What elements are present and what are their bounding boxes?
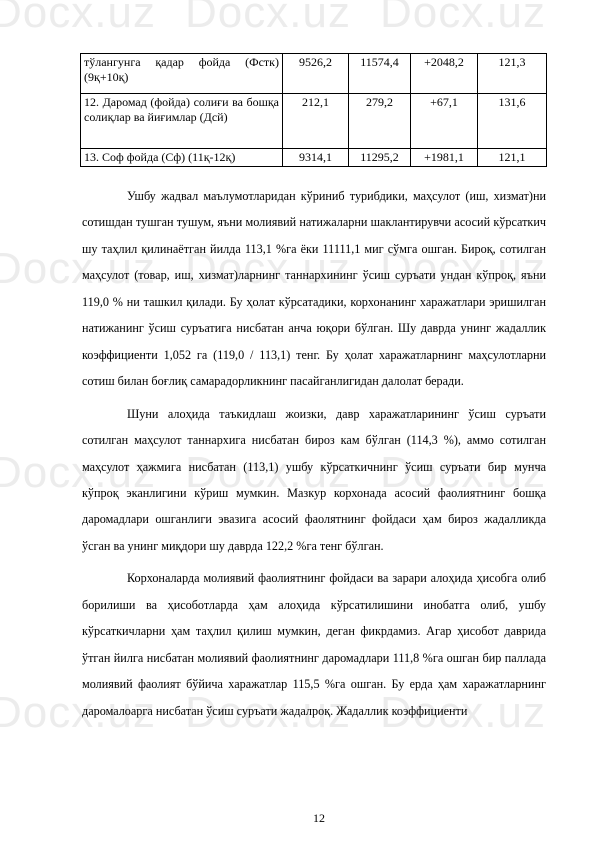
- table-cell: 11295,2: [349, 149, 411, 167]
- page-number: 12: [0, 811, 595, 826]
- table-row: 13. Соф фойда (Сф) (11қ-12қ) 9314,1 1129…: [81, 149, 547, 167]
- paragraph: Шуни алоҳида таъкидлаш жоизки, давр хара…: [82, 401, 546, 560]
- table-cell: 11574,4: [349, 54, 411, 94]
- table-cell: +2048,2: [411, 54, 478, 94]
- watermark: Docx.uz: [380, 0, 546, 38]
- body-text: Ушбу жадвал маълумотларидан кўриниб тури…: [82, 183, 546, 724]
- row-label: 12. Даромад (фойда) солиғи ва бошқа соли…: [81, 94, 283, 149]
- watermark: Docx.uz: [0, 0, 156, 38]
- table-cell: 279,2: [349, 94, 411, 149]
- table-cell: 9314,1: [283, 149, 349, 167]
- table-cell: +1981,1: [411, 149, 478, 167]
- row-label: 13. Соф фойда (Сф) (11қ-12қ): [81, 149, 283, 167]
- table-cell: 121,3: [478, 54, 547, 94]
- row-label: тўлангунга қадар фойда (Фстк) (9қ+10қ): [81, 54, 283, 94]
- table-cell: 121,1: [478, 149, 547, 167]
- table-cell: 9526,2: [283, 54, 349, 94]
- financial-results-table: тўлангунга қадар фойда (Фстк) (9қ+10қ) 9…: [80, 53, 547, 167]
- table-cell: +67,1: [411, 94, 478, 149]
- paragraph: Ушбу жадвал маълумотларидан кўриниб тури…: [82, 183, 546, 395]
- table-cell: 212,1: [283, 94, 349, 149]
- table-row: 12. Даромад (фойда) солиғи ва бошқа соли…: [81, 94, 547, 149]
- table-cell: 131,6: [478, 94, 547, 149]
- watermark: Docx.uz: [185, 0, 351, 38]
- paragraph: Корхоналарда молиявий фаолиятнинг фойдас…: [82, 565, 546, 724]
- table-row: тўлангунга қадар фойда (Фстк) (9қ+10қ) 9…: [81, 54, 547, 94]
